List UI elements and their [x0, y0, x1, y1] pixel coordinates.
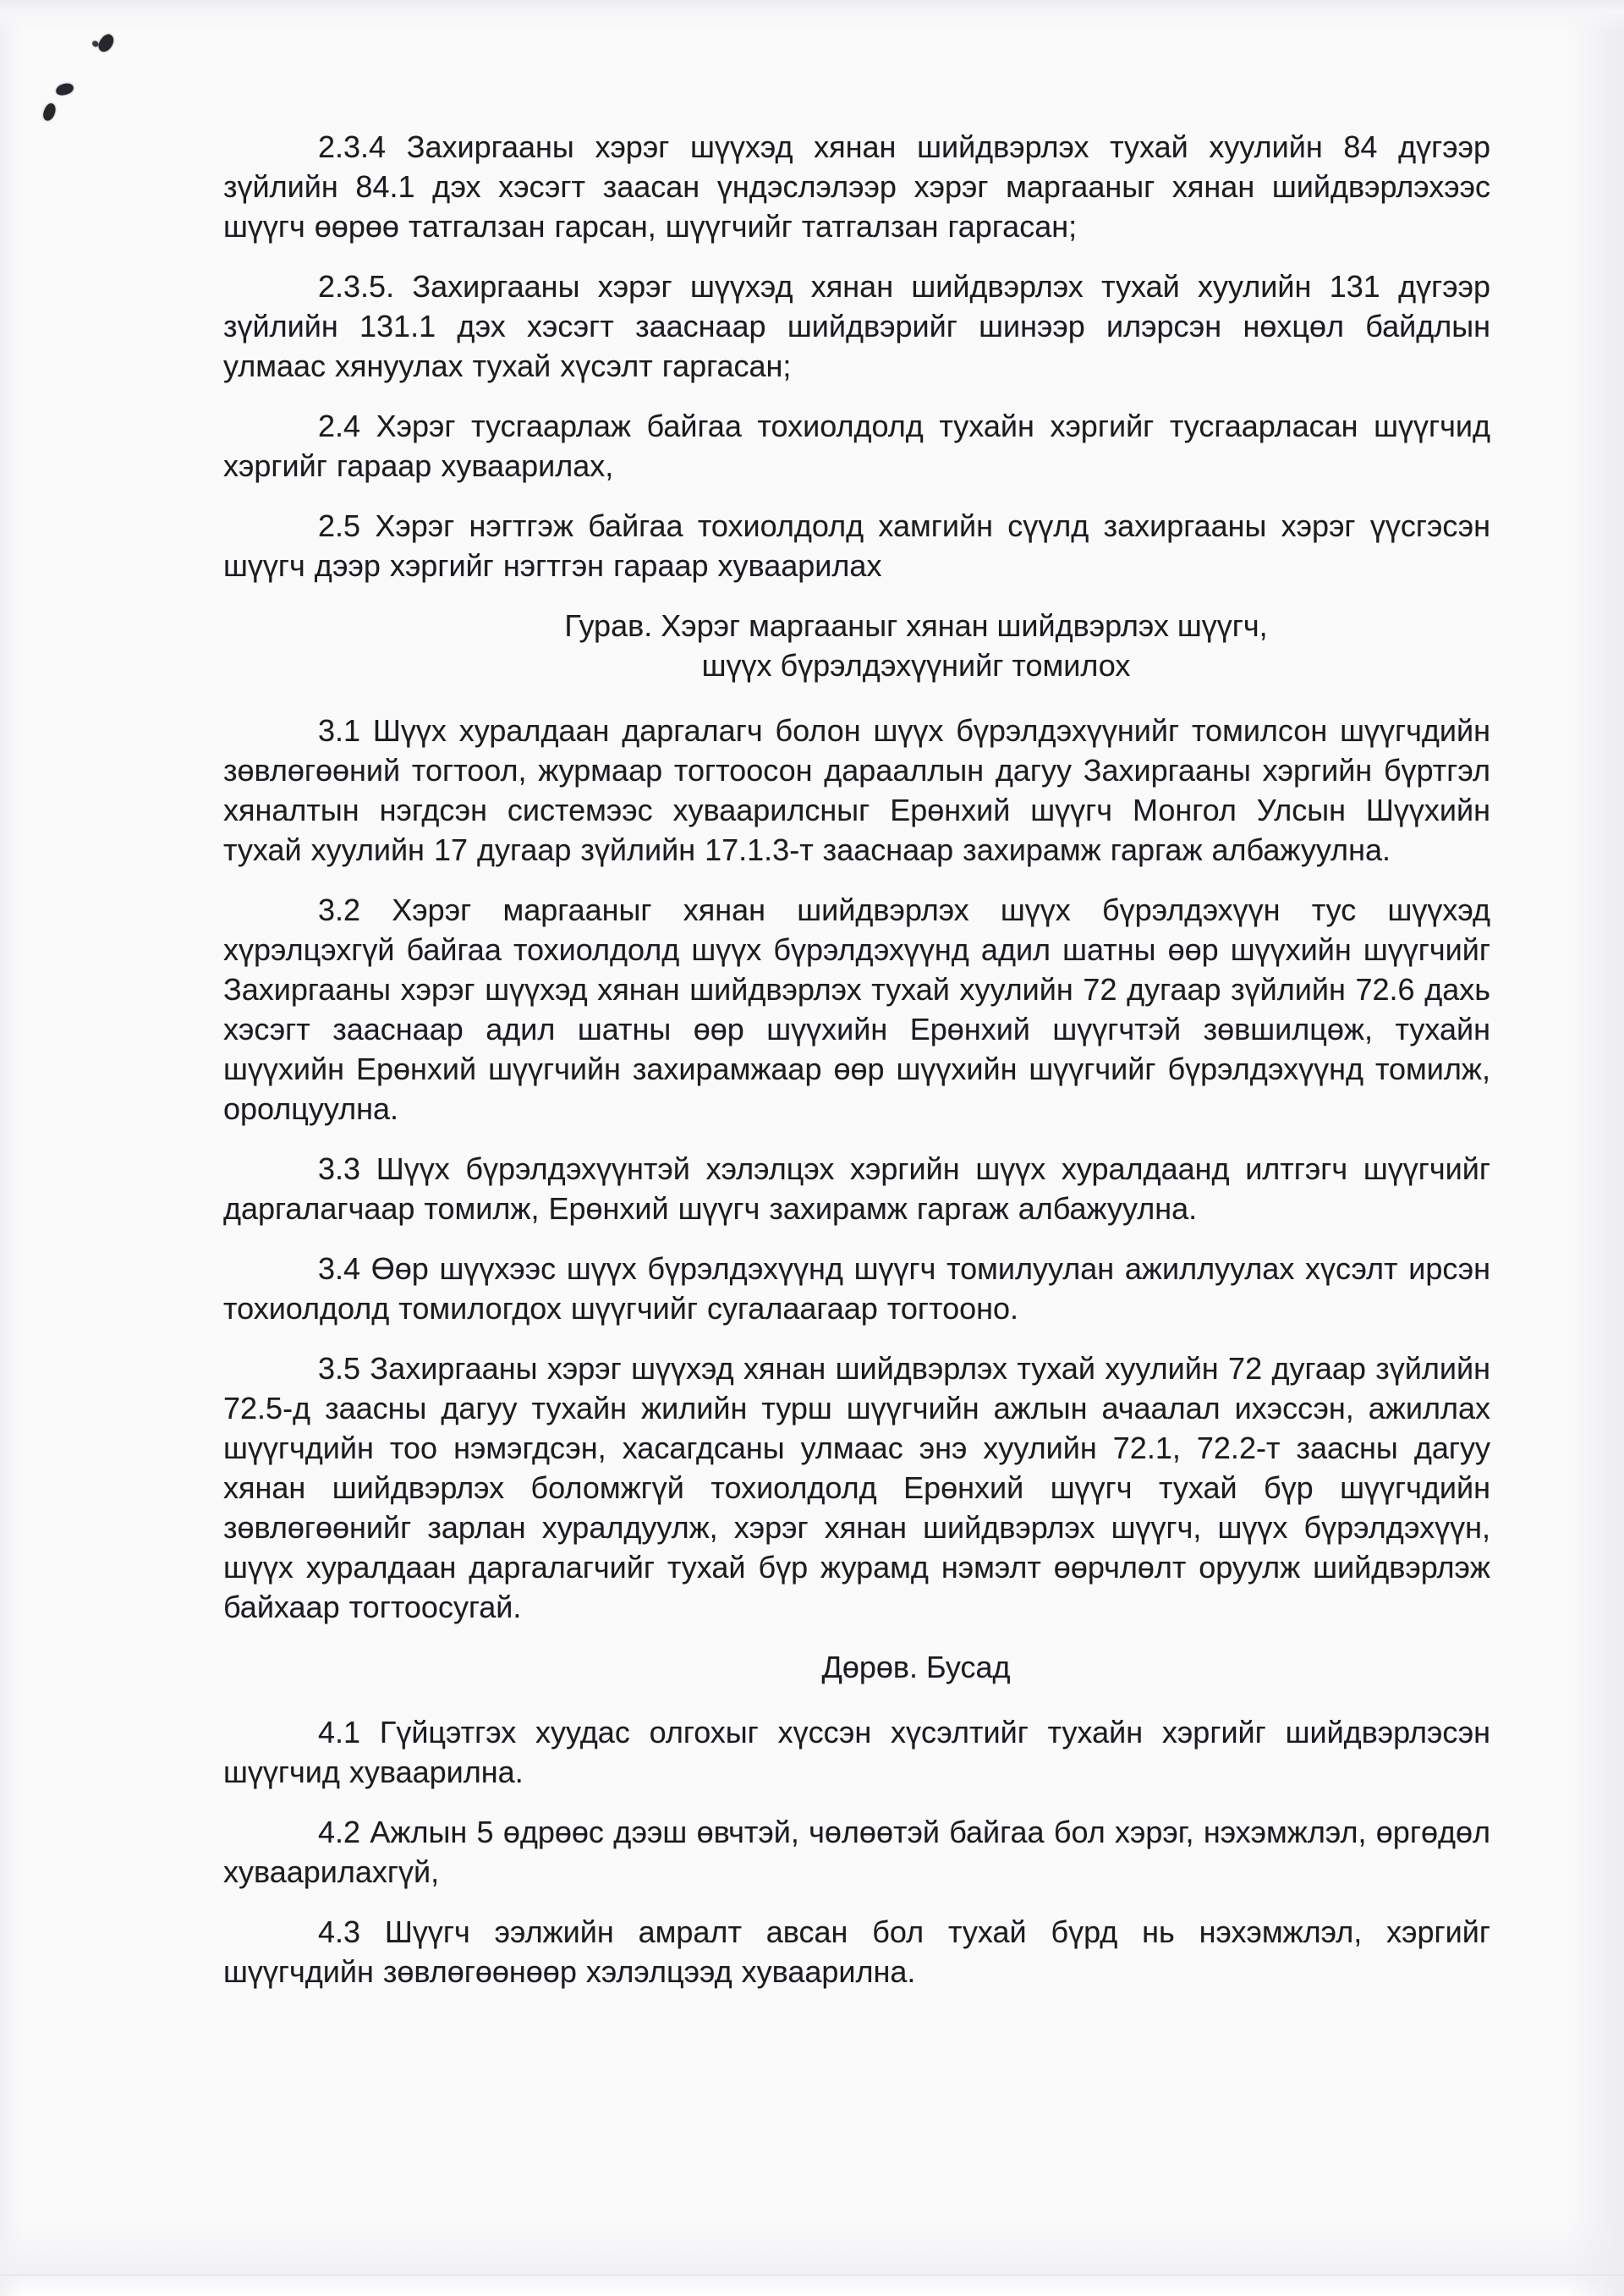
paragraph-2-3-4: 2.3.4 Захиргааны хэрэг шүүхэд хянан шийд… [223, 127, 1490, 246]
paragraph-3-1: 3.1 Шүүх хуралдаан даргалагч болон шүүх … [223, 711, 1490, 870]
chapter-heading-three: Гурав. Хэрэг маргааныг хянан шийдвэрлэх … [223, 606, 1490, 685]
paragraph-3-3: 3.3 Шүүх бүрэлдэхүүнтэй хэлэлцэх хэргийн… [223, 1149, 1490, 1228]
ink-speck [96, 32, 117, 55]
paragraph-2-5: 2.5 Хэрэг нэгтгэж байгаа тохиолдолд хамг… [223, 506, 1490, 585]
paragraph-4-3: 4.3 Шүүгч ээлжийн амралт авсан бол тухай… [223, 1912, 1490, 1991]
chapter-heading-line: шүүх бүрэлдэхүүнийг томилох [342, 645, 1490, 685]
paragraph-2-4: 2.4 Хэрэг тусгаарлаж байгаа тохиолдолд т… [223, 406, 1490, 486]
chapter-heading-four: Дөрөв. Бусад [223, 1647, 1490, 1687]
ink-speck [55, 82, 74, 96]
document-body: 2.3.4 Захиргааны хэрэг шүүхэд хянан шийд… [223, 127, 1490, 2012]
ink-speck [41, 102, 58, 122]
paragraph-3-2: 3.2 Хэрэг маргааныг хянан шийдвэрлэх шүү… [223, 890, 1490, 1129]
paragraph-3-5: 3.5 Захиргааны хэрэг шүүхэд хянан шийдвэ… [223, 1348, 1490, 1627]
paragraph-4-2: 4.2 Ажлын 5 өдрөөс дээш өвчтэй, чөлөөтэй… [223, 1812, 1490, 1892]
chapter-heading-line: Дөрөв. Бусад [342, 1647, 1490, 1687]
scan-edge-line [0, 2274, 1624, 2276]
chapter-heading-line: Гурав. Хэрэг маргааныг хянан шийдвэрлэх … [342, 606, 1490, 645]
paragraph-3-4: 3.4 Өөр шүүхээс шүүх бүрэлдэхүүнд шүүгч … [223, 1249, 1490, 1328]
paragraph-2-3-5: 2.3.5. Захиргааны хэрэг шүүхэд хянан ший… [223, 266, 1490, 386]
paragraph-4-1: 4.1 Гүйцэтгэх хуудас олгохыг хүссэн хүсэ… [223, 1712, 1490, 1792]
scanned-page: 2.3.4 Захиргааны хэрэг шүүхэд хянан шийд… [0, 0, 1624, 2296]
